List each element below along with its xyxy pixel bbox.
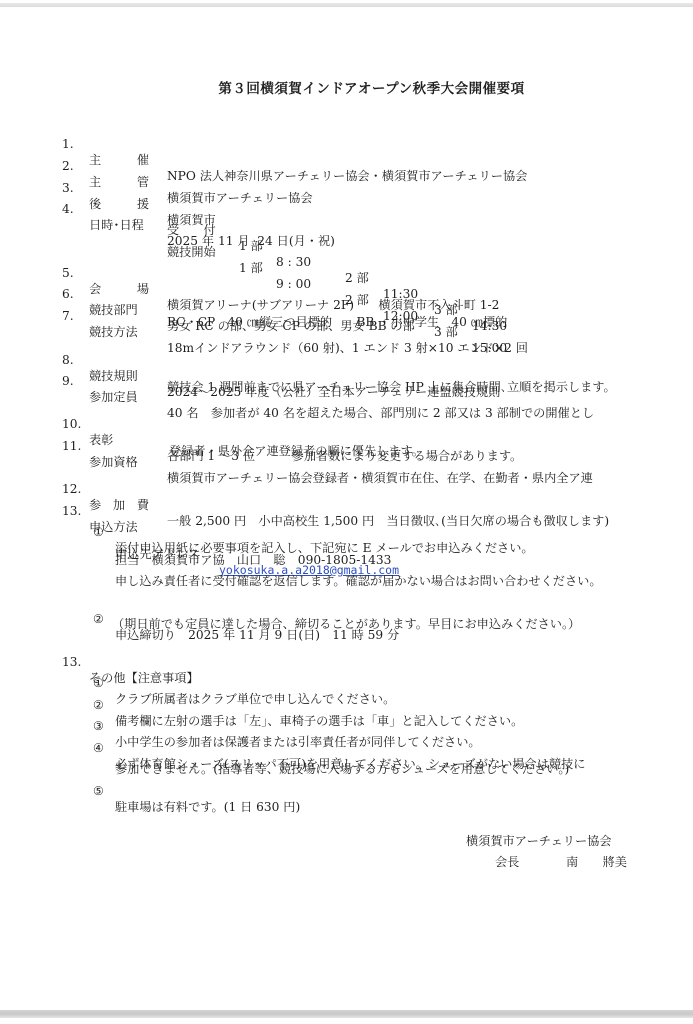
note-item: ⑤ 駐車場は有料です。(1 日 630 円) xyxy=(0,767,693,815)
step-marker: ② xyxy=(93,611,104,627)
application-contact: 担当 横須賀市ア協 山口 聡 090-1805-1433 xyxy=(115,552,391,568)
note-marker: ⑤ xyxy=(93,783,104,799)
signature-title: 会長 xyxy=(495,853,519,870)
signature-name: 南 將美 xyxy=(566,853,627,870)
document-title: 第３回横須賀インドアオープン秋季大会開催要項 xyxy=(0,77,693,97)
eligibility-line-2: 登録者・県外全ア連登録者の順に優先します。 xyxy=(169,443,424,459)
application-deadline-note: （期日前でも定員に達した場合、締切ることがあります。早目にお申込みください。） xyxy=(112,616,580,632)
page-bottom-edge xyxy=(0,1010,693,1018)
signature-organization: 横須賀市アーチェリー協会 xyxy=(466,832,612,849)
application-confirmation: 申し込み責任者に受付確認を返信します。確認が届かない場合はお問い合わせください。 xyxy=(115,573,602,589)
item-number: 11. xyxy=(62,438,92,454)
item-number: 7. xyxy=(62,308,92,324)
method-line-2: RC・CP 40 ㎝縦三つ目標的 BB ・小中学生 40 ㎝標的 xyxy=(167,314,507,330)
item-number: 9. xyxy=(62,373,92,389)
capacity-line-2: 競技会 1 週間前までに県アーチェリー協会 HP 上に集合時間､立順を掲示します… xyxy=(167,379,616,395)
note-text: 駐車場は有料です。(1 日 630 円) xyxy=(115,799,300,815)
